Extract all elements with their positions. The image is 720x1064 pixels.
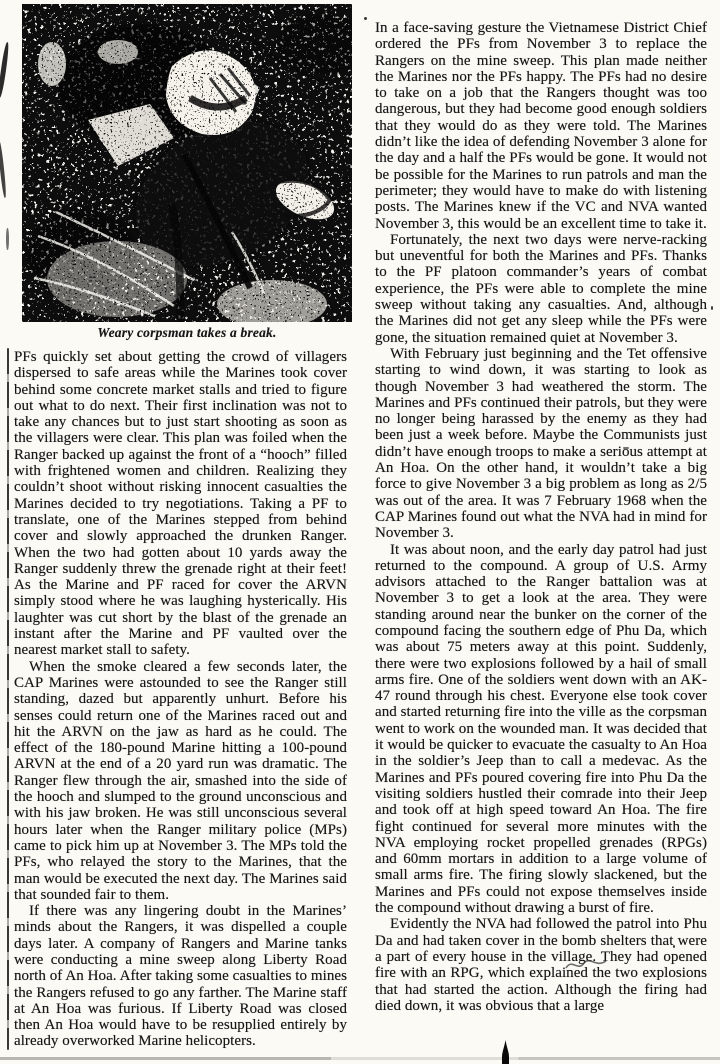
pen-smudge xyxy=(564,956,608,974)
ink-speck xyxy=(711,306,713,310)
figure-caption: Weary corpsman takes a break. xyxy=(22,325,352,341)
scan-edge-smear xyxy=(0,140,7,198)
scan-edge-smear xyxy=(6,228,9,250)
left-margin-scan-line xyxy=(7,348,9,1050)
ink-speck xyxy=(623,447,629,449)
paragraph: In a face-saving gesture the Vietnamese … xyxy=(375,20,707,232)
photo xyxy=(22,4,352,322)
right-column: In a face-saving gesture the Vietnamese … xyxy=(375,20,707,1014)
paragraph: It was about noon, and the early day pat… xyxy=(375,542,707,917)
paragraph: Evidently the NVA had followed the patro… xyxy=(375,916,707,1014)
ink-speck xyxy=(364,17,367,20)
overlay-dither xyxy=(22,4,352,322)
paragraph: Fortunately, the next two days were nerv… xyxy=(375,232,707,346)
paragraph: When the smoke cleared a few seconds lat… xyxy=(14,659,347,903)
scan-edge-smear xyxy=(0,42,10,98)
bottom-scan-shadow xyxy=(0,1057,720,1060)
scanned-page: Weary corpsman takes a break. PFs quickl… xyxy=(0,0,720,1064)
ink-speck xyxy=(673,945,675,948)
photo-halftone-illustration xyxy=(22,4,352,322)
paragraph: With February just beginning and the Tet… xyxy=(375,346,707,542)
ink-drop-artifact xyxy=(501,1040,510,1064)
paragraph: If there was any lingering doubt in the … xyxy=(14,903,347,1050)
left-column: PFs quickly set about getting the crowd … xyxy=(14,349,347,1050)
paragraph: PFs quickly set about getting the crowd … xyxy=(14,349,347,659)
